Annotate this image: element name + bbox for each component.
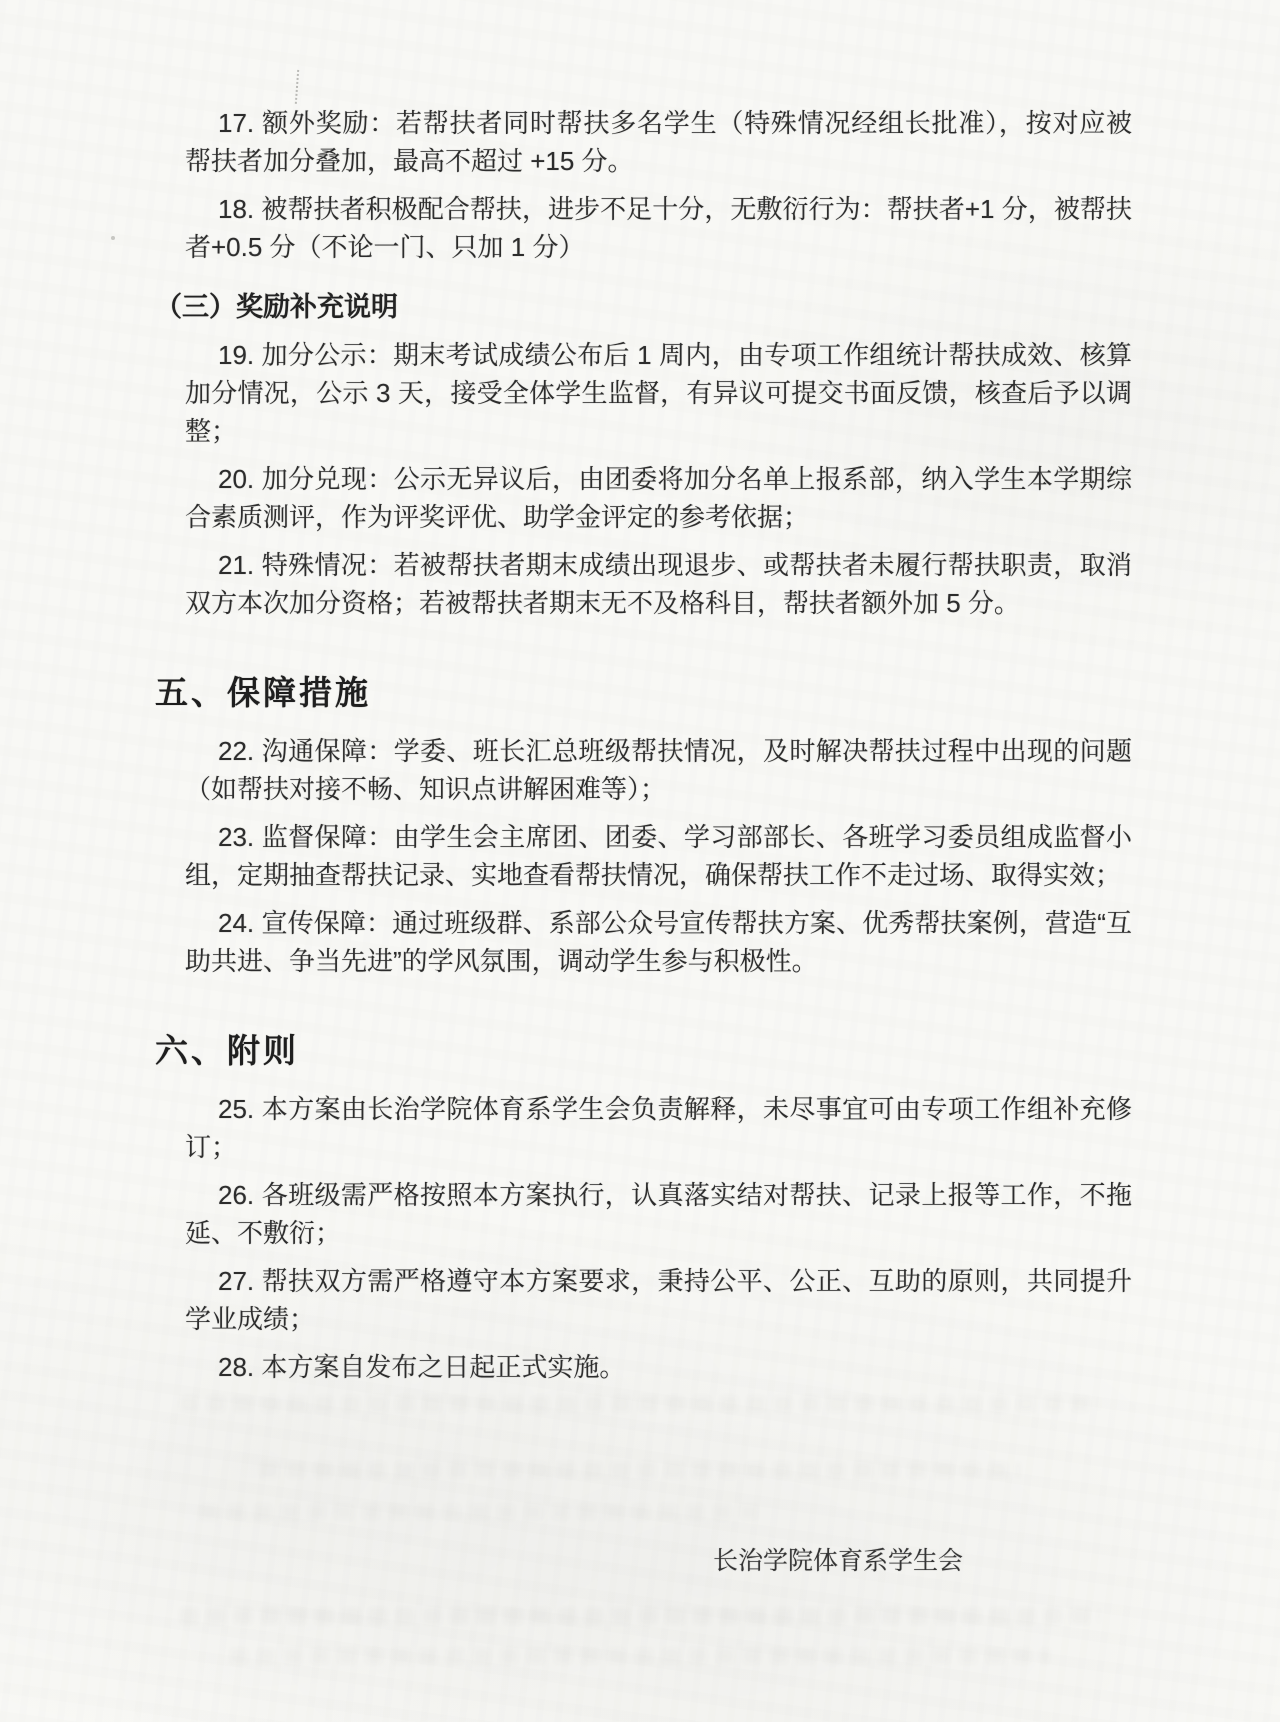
document-page: 17. 额外奖励：若帮扶者同时帮扶多名学生（特殊情况经组长批准），按对应被帮扶者… bbox=[0, 0, 1280, 1722]
paragraph-22: 22. 沟通保障：学委、班长汇总班级帮扶情况，及时解决帮扶过程中出现的问题（如帮… bbox=[185, 732, 1132, 808]
paragraph-18: 18. 被帮扶者积极配合帮扶，进步不足十分，无敷衍行为：帮扶者+1 分，被帮扶者… bbox=[185, 190, 1132, 266]
paragraph-26: 26. 各班级需严格按照本方案执行，认真落实结对帮扶、记录上报等工作，不拖延、不… bbox=[185, 1176, 1132, 1252]
section-heading-supplementary-provisions: 六、附则 bbox=[155, 1030, 1132, 1072]
signature: 长治学院体育系学生会 bbox=[155, 1544, 1132, 1578]
paragraph-25: 25. 本方案由长治学院体育系学生会负责解释，未尽事宜可由专项工作组补充修订； bbox=[185, 1090, 1132, 1166]
paragraph-27: 27. 帮扶双方需严格遵守本方案要求，秉持公平、公正、互助的原则，共同提升学业成… bbox=[185, 1262, 1132, 1338]
paragraph-19: 19. 加分公示：期末考试成绩公布后 1 周内，由专项工作组统计帮扶成效、核算加… bbox=[185, 336, 1132, 450]
paragraph-21: 21. 特殊情况：若被帮扶者期末成绩出现退步、或帮扶者未履行帮扶职责，取消双方本… bbox=[185, 546, 1132, 622]
paragraph-23: 23. 监督保障：由学生会主席团、团委、学习部部长、各班学习委员组成监督小组，定… bbox=[185, 818, 1132, 894]
document-content: 17. 额外奖励：若帮扶者同时帮扶多名学生（特殊情况经组长批准），按对应被帮扶者… bbox=[155, 104, 1132, 1578]
subsection-heading-reward-supplement: （三）奖励补充说明 bbox=[155, 288, 1132, 326]
scan-artifact-dot bbox=[111, 236, 115, 240]
paragraph-28: 28. 本方案自发布之日起正式实施。 bbox=[185, 1348, 1132, 1386]
paragraph-17: 17. 额外奖励：若帮扶者同时帮扶多名学生（特殊情况经组长批准），按对应被帮扶者… bbox=[185, 104, 1132, 180]
paragraph-24: 24. 宣传保障：通过班级群、系部公众号宣传帮扶方案、优秀帮扶案例，营造“互助共… bbox=[185, 904, 1132, 980]
bleed-through-artifact bbox=[180, 1608, 1100, 1624]
bleed-through-artifact bbox=[230, 1648, 1050, 1664]
paragraph-20: 20. 加分兑现：公示无异议后，由团委将加分名单上报系部，纳入学生本学期综合素质… bbox=[185, 460, 1132, 536]
scan-artifact-squiggle bbox=[295, 70, 302, 104]
section-heading-safeguard-measures: 五、保障措施 bbox=[155, 672, 1132, 714]
